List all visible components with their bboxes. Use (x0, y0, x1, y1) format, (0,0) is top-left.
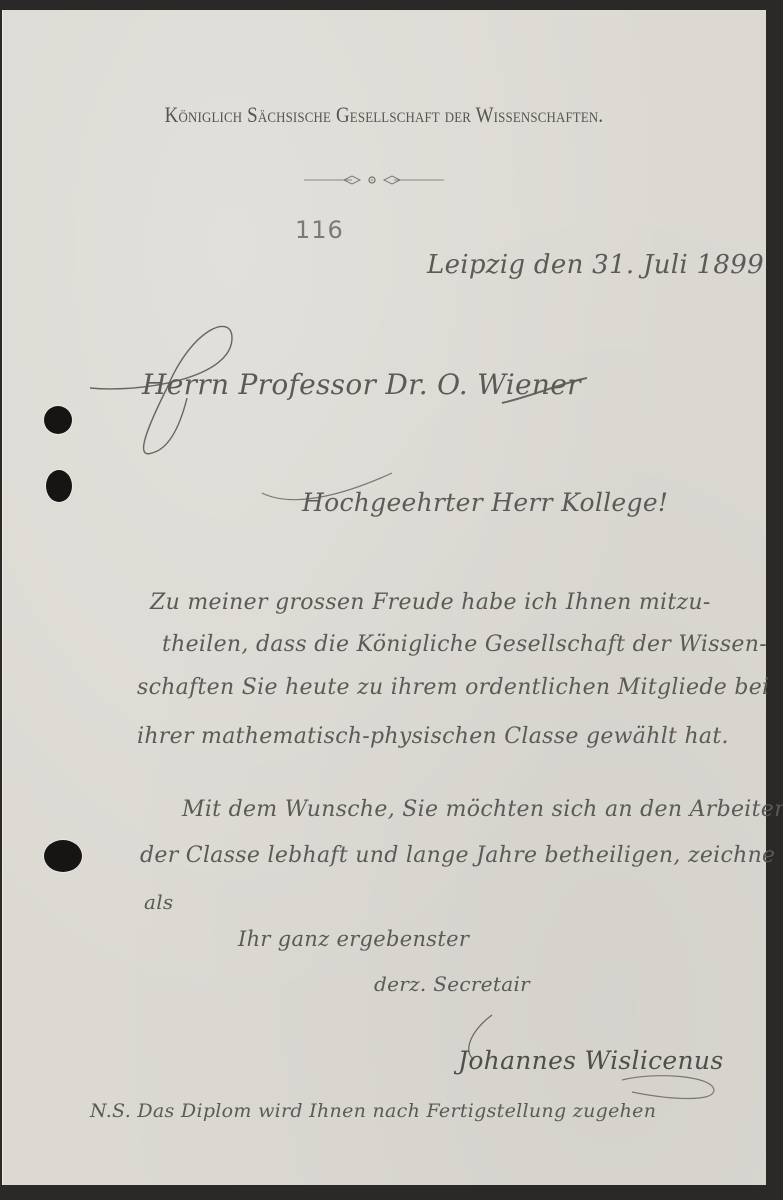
archive-number: 116 (295, 216, 344, 244)
body-line-5: Mit dem Wunsche, Sie möchten sich an den… (182, 797, 783, 822)
body-line-6: der Classe lebhaft und lange Jahre bethe… (140, 843, 783, 868)
body-line-1: Zu meiner grossen Freude habe ich Ihnen … (150, 590, 711, 615)
closing: Ihr ganz ergebenster (238, 927, 469, 951)
punch-hole-1 (44, 406, 72, 434)
body-line-4: ihrer mathematisch-physischen Classe gew… (137, 724, 729, 749)
letterhead: Königlich Sächsische Gesellschaft der Wi… (55, 102, 712, 128)
salutation: Hochgeehrter Herr Kollege! (302, 488, 668, 517)
punch-hole-3 (44, 840, 82, 872)
punch-hole-2 (46, 470, 72, 502)
addressee: Herrn Professor Dr. O. Wiener (142, 368, 581, 401)
letter-page: Königlich Sächsische Gesellschaft der Wi… (2, 10, 766, 1185)
secretary-title: derz. Secretair (374, 972, 530, 996)
postscript: N.S. Das Diplom wird Ihnen nach Fertigst… (90, 1100, 656, 1122)
place-date: Leipzig den 31. Juli 1899 (427, 250, 764, 280)
body-line-2: theilen, dass die Königliche Gesellschaf… (162, 632, 767, 657)
body-line-7: als (144, 890, 173, 914)
ornament-divider (304, 173, 444, 187)
body-line-3: schaften Sie heute zu ihrem ordentlichen… (137, 675, 769, 700)
signature: Johannes Wislicenus (458, 1046, 723, 1075)
